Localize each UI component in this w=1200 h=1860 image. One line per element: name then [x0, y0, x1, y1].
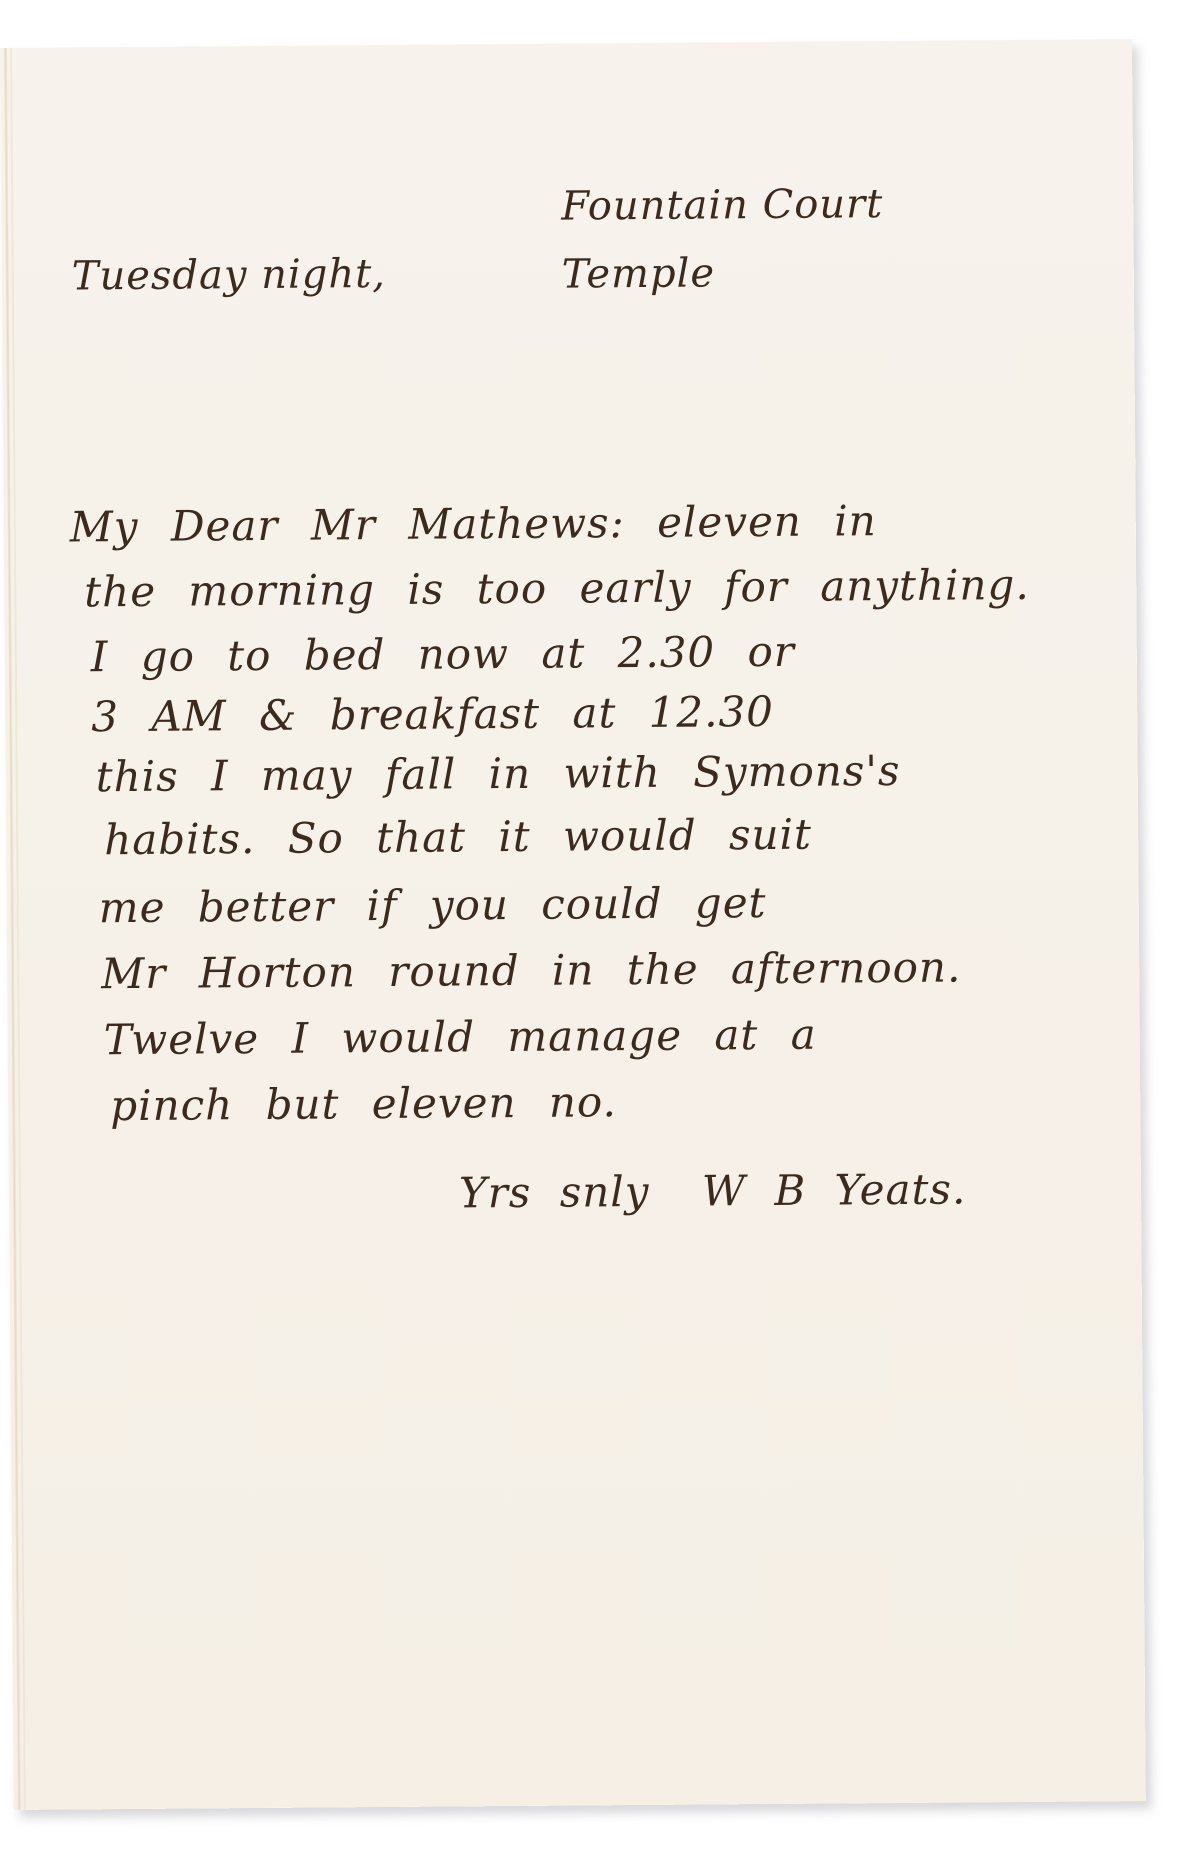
- body-line-10: pinch but eleven no.: [110, 1077, 617, 1130]
- address-line-2: Temple: [562, 250, 716, 297]
- body-line-4: 3 AM & breakfast at 12.30: [91, 687, 774, 741]
- letter-sheet: Fountain Court Temple Tuesday night, My …: [0, 39, 1146, 1810]
- closing-line: Yrs snly W B Yeats.: [459, 1164, 967, 1217]
- body-line-3: I go to bed now at 2.30 or: [91, 627, 795, 682]
- body-line-5: this I may fall in with Symons's: [96, 746, 901, 801]
- body-line-9: Twelve I would manage at a: [104, 1010, 817, 1065]
- body-line-8: Mr Horton round in the afternoon.: [101, 942, 961, 998]
- body-line-2: the morning is too early for anything.: [84, 560, 1030, 616]
- body-line-7: me better if you could get: [99, 878, 767, 932]
- valediction: Yrs snly: [459, 1167, 650, 1217]
- signature: W B Yeats.: [702, 1164, 967, 1215]
- page-background: Fountain Court Temple Tuesday night, My …: [0, 0, 1200, 1860]
- body-line-6: habits. So that it would suit: [104, 810, 812, 865]
- address-line-1: Fountain Court: [561, 181, 883, 230]
- body-line-1: My Dear Mr Mathews: eleven in: [70, 496, 877, 551]
- letter-date: Tuesday night,: [72, 251, 386, 299]
